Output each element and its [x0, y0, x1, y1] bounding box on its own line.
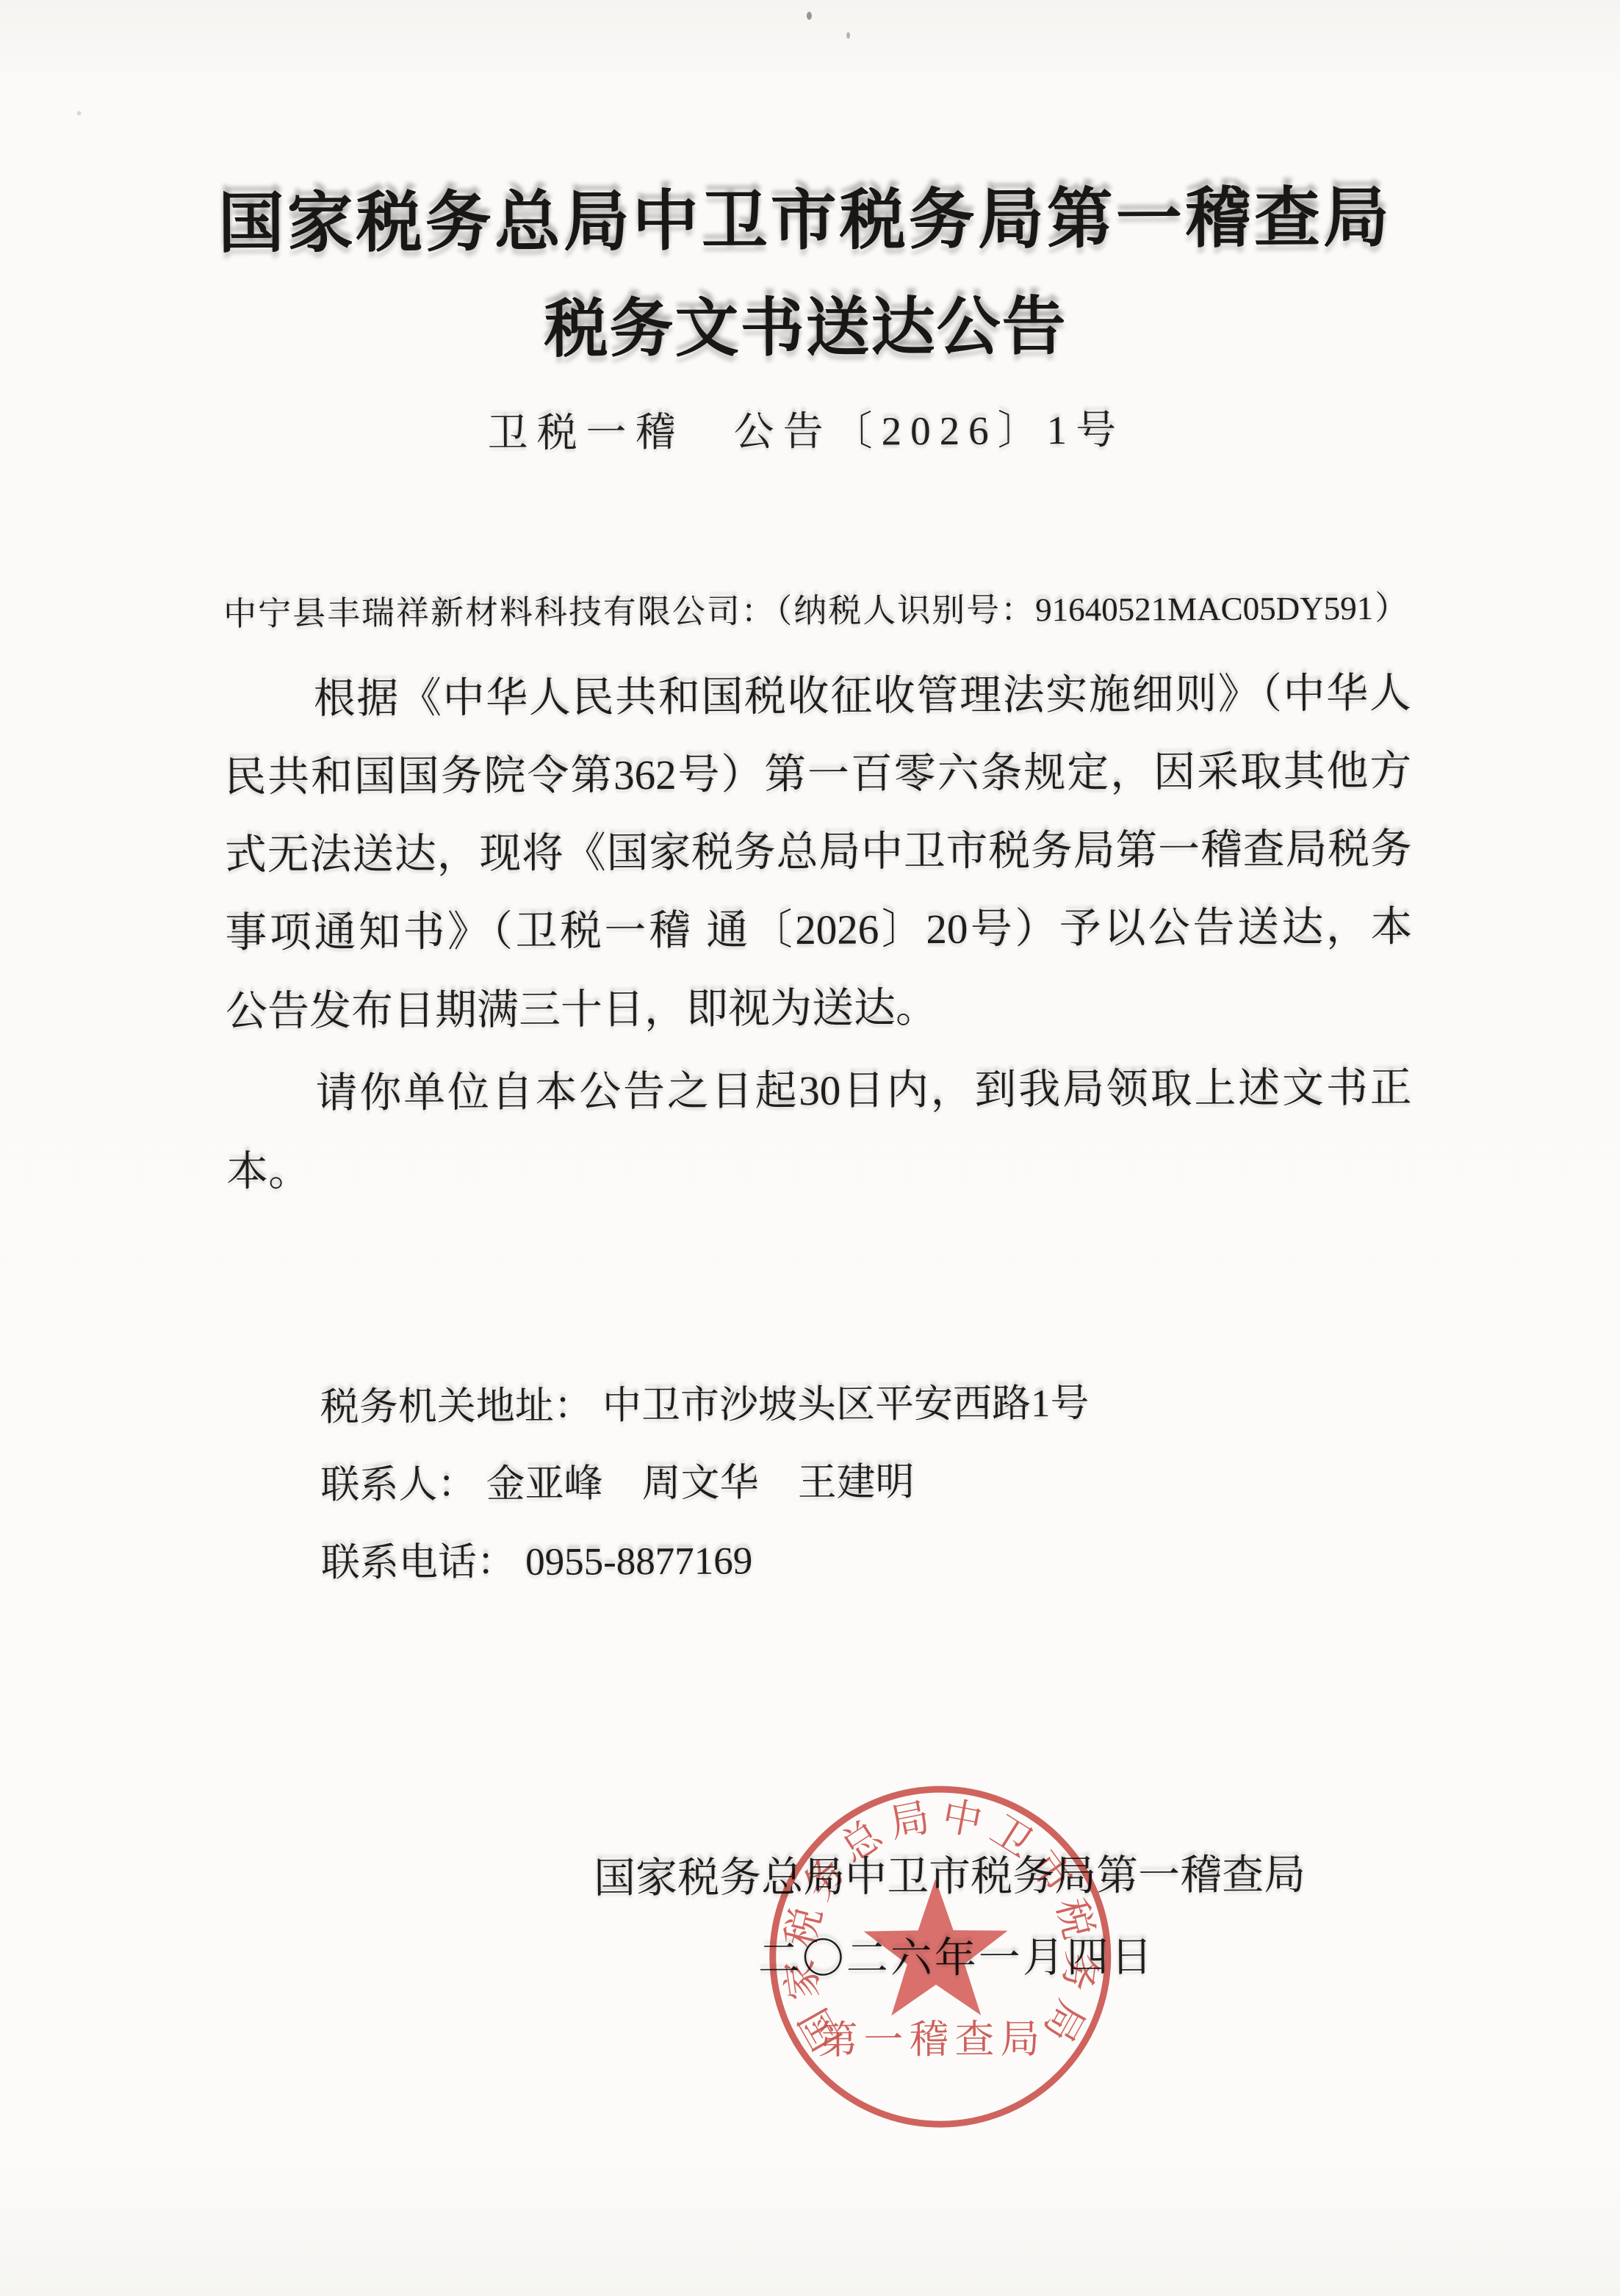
salutation-line: 中宁县丰瑞祥新材料科技有限公司：（纳税人识别号：91640521MAC05DY5… [223, 589, 1408, 635]
scan-speck [77, 111, 82, 115]
body-line: 式无法送达，现将《国家税务总局中卫市税务局第一稽查局税务 [225, 825, 1412, 881]
body-line: 民共和国国务院令第362号）第一百零六条规定，因采取其他方 [224, 747, 1411, 803]
scan-speck [1135, 705, 1139, 709]
scan-speck [807, 12, 812, 20]
contact-persons: 联系人： 金亚峰 周文华 王建明 [320, 1459, 915, 1509]
body-line: 本。 [226, 1147, 310, 1197]
page-title-line2: 税务文书送达公告 [0, 286, 1616, 370]
scan-speck [846, 32, 850, 39]
body-line: 请你单位自本公告之日起30日内，到我局领取上述文书正 [315, 1064, 1411, 1119]
body-line: 公告发布日期满三十日，即视为送达。 [226, 983, 937, 1036]
seal-bottom-text: 第一稽查局 [818, 2017, 1045, 2062]
official-seal-stamp: 国家税务总局中卫市税务局 第一稽查局 [766, 1782, 1115, 2131]
body-line: 根据《中华人民共和国税收征收管理法实施细则》（中华人 [314, 669, 1411, 724]
document-sheet: 国家税务总局中卫市税务局第一稽查局 税务文书送达公告 卫税一稽 公告〔2026〕… [0, 0, 1620, 2296]
contact-address: 税务机关地址： 中卫市沙坡头区平安西路1号 [320, 1381, 1090, 1431]
scanned-tax-notice-page: { "header": { "title_line1": "国家税务总局中卫市税… [0, 0, 1620, 2296]
contact-phone: 联系电话： 0955-8877169 [321, 1538, 753, 1586]
seal-star-icon [863, 1879, 1008, 2016]
page-title-line1: 国家税务总局中卫市税务局第一稽查局 [0, 178, 1616, 264]
document-number: 卫税一稽 公告〔2026〕1号 [0, 404, 1616, 460]
body-line: 事项通知书》（卫税一稽 通〔2026〕20号）予以公告送达，本 [225, 903, 1412, 959]
